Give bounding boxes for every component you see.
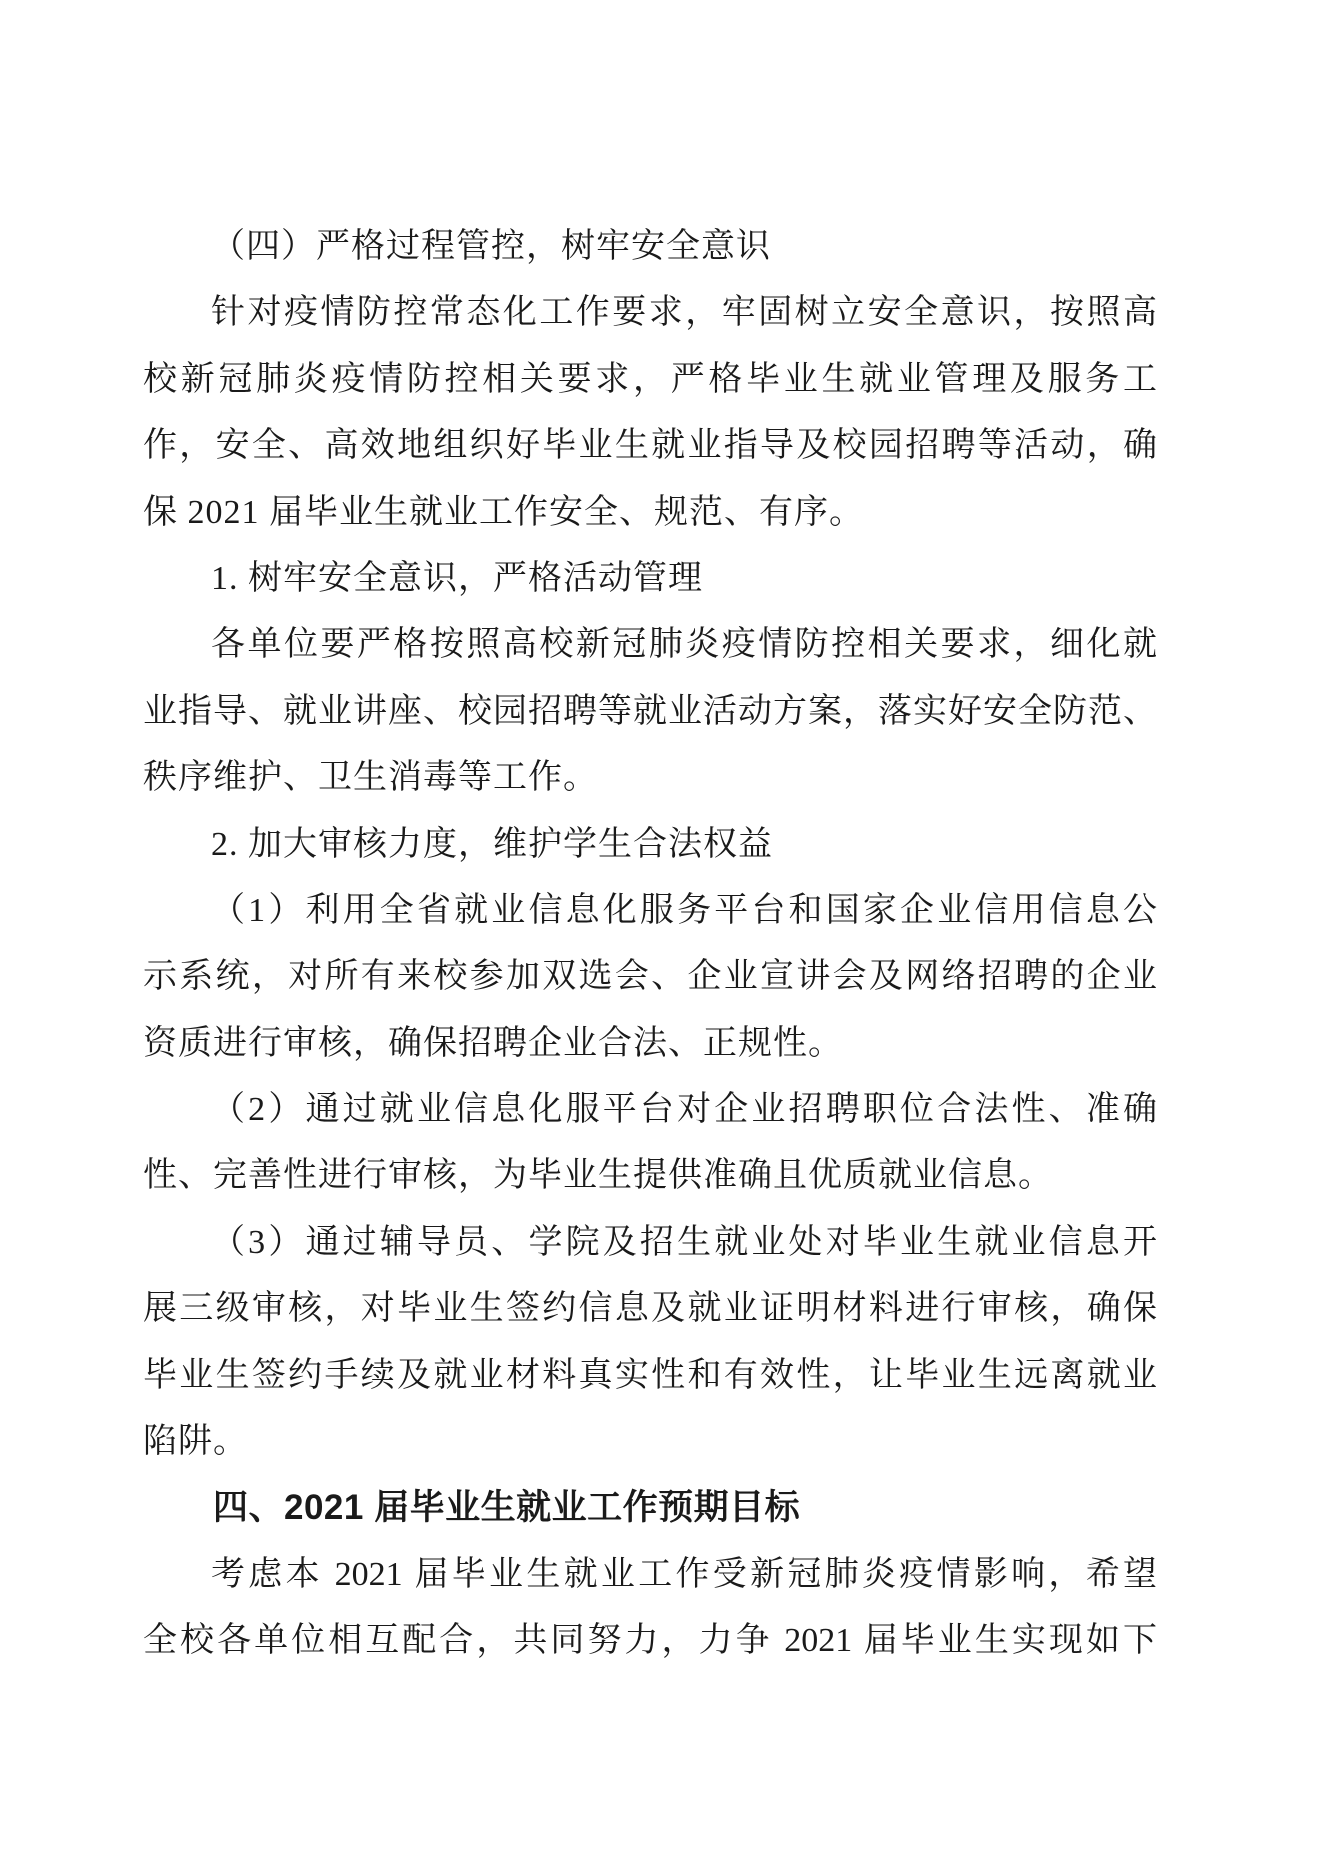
- text-line: 全校各单位相互配合，共同努力，力争 2021 届毕业生实现如下: [143, 1608, 1157, 1674]
- list-item-heading: 2. 加大审核力度，维护学生合法权益: [143, 812, 1157, 878]
- document-body: （四）严格过程管控，树牢安全意识 针对疫情防控常态化工作要求，牢固树立安全意识，…: [143, 214, 1157, 1675]
- text-line: 示系统，对所有来校参加双选会、企业宣讲会及网络招聘的企业: [143, 944, 1157, 1010]
- text-line: （2）通过就业信息化服平台对企业招聘职位合法性、准确: [143, 1077, 1157, 1143]
- text-line: 展三级审核，对毕业生签约信息及就业证明材料进行审核，确保: [143, 1276, 1157, 1342]
- list-item-heading: 1. 树牢安全意识，严格活动管理: [143, 546, 1157, 612]
- subsection-heading: （四）严格过程管控，树牢安全意识: [143, 214, 1157, 280]
- text-line: 陷阱。: [143, 1409, 1157, 1475]
- text-line: （3）通过辅导员、学院及招生就业处对毕业生就业信息开: [143, 1210, 1157, 1276]
- text-line: 各单位要严格按照高校新冠肺炎疫情防控相关要求，细化就: [143, 612, 1157, 678]
- document-page: （四）严格过程管控，树牢安全意识 针对疫情防控常态化工作要求，牢固树立安全意识，…: [0, 0, 1323, 1871]
- text-line: 保 2021 届毕业生就业工作安全、规范、有序。: [143, 480, 1157, 546]
- text-line: （1）利用全省就业信息化服务平台和国家企业信用信息公: [143, 878, 1157, 944]
- text-line: 性、完善性进行审核，为毕业生提供准确且优质就业信息。: [143, 1143, 1157, 1209]
- chapter-heading: 四、2021 届毕业生就业工作预期目标: [143, 1475, 1157, 1541]
- text-line: 业指导、就业讲座、校园招聘等就业活动方案，落实好安全防范、: [143, 679, 1157, 745]
- text-line: 资质进行审核，确保招聘企业合法、正规性。: [143, 1011, 1157, 1077]
- text-line: 作，安全、高效地组织好毕业生就业指导及校园招聘等活动，确: [143, 413, 1157, 479]
- text-line: 毕业生签约手续及就业材料真实性和有效性，让毕业生远离就业: [143, 1343, 1157, 1409]
- text-line: 秩序维护、卫生消毒等工作。: [143, 745, 1157, 811]
- text-line: 针对疫情防控常态化工作要求，牢固树立安全意识，按照高: [143, 280, 1157, 346]
- text-line: 考虑本 2021 届毕业生就业工作受新冠肺炎疫情影响，希望: [143, 1542, 1157, 1608]
- text-line: 校新冠肺炎疫情防控相关要求，严格毕业生就业管理及服务工: [143, 347, 1157, 413]
